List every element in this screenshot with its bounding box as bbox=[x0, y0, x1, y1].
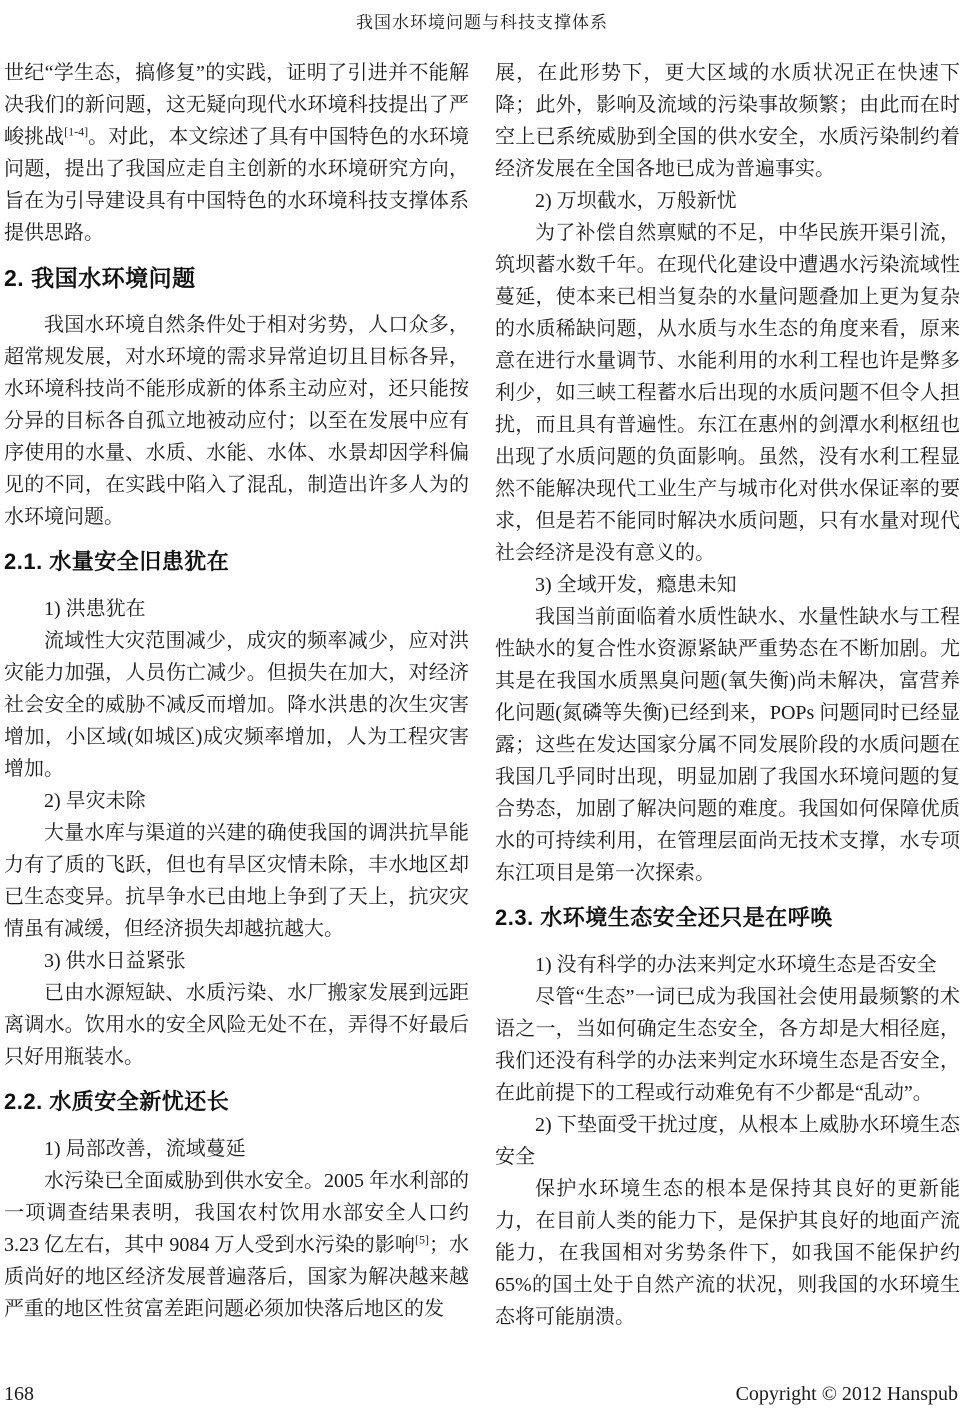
numbered-point: 2) 下垫面受干扰过度，从根本上威胁水环境生态安全 bbox=[495, 1109, 960, 1173]
numbered-point: 1) 洪患犹在 bbox=[4, 593, 469, 625]
paper-page: 我国水环境问题与科技支撑体系 世纪“学生态，搞修复”的实践，证明了引进并不能解决… bbox=[0, 0, 964, 1414]
paragraph: 我国水环境自然条件处于相对劣势，人口众多，超常规发展，对水环境的需求异常迫切且目… bbox=[4, 309, 469, 533]
page-footer: 168 Copyright © 2012 Hanspub bbox=[4, 1383, 958, 1406]
paragraph: 我国当前面临着水质性缺水、水量性缺水与工程性缺水的复合性水资源紧缺严重势态在不断… bbox=[495, 601, 960, 889]
paragraph: 水污染已全面威胁到供水安全。2005 年水利部的一项调查结果表明，我国农村饮用水… bbox=[4, 1165, 469, 1325]
numbered-point: 3) 供水日益紧张 bbox=[4, 945, 469, 977]
paragraph: 尽管“生态”一词已成为我国社会使用最频繁的术语之一，当如何确定生态安全，各方却是… bbox=[495, 981, 960, 1109]
two-column-body: 世纪“学生态，搞修复”的实践，证明了引进并不能解决我们的新问题，这无疑向现代水环… bbox=[4, 57, 960, 1333]
paragraph-continuation: 展，在此形势下，更大区域的水质状况正在快速下降；此外，影响及流域的污染事故频繁；… bbox=[495, 57, 960, 185]
section-heading-2: 2. 我国水环境问题 bbox=[4, 262, 469, 294]
numbered-point: 3) 全域开发，瘾患未知 bbox=[495, 569, 960, 601]
paragraph: 大量水库与渠道的兴建的确使我国的调洪抗旱能力有了质的飞跃，但也有旱区灾情未除，丰… bbox=[4, 817, 469, 945]
numbered-point: 2) 万坝截水，万般新忧 bbox=[495, 185, 960, 217]
paragraph: 流域性大灾范围减少，成灾的频率减少，应对洪灾能力加强，人员伤亡减少。但损失在加大… bbox=[4, 625, 469, 785]
right-column: 展，在此形势下，更大区域的水质状况正在快速下降；此外，影响及流域的污染事故频繁；… bbox=[495, 57, 960, 1333]
paragraph-intro: 世纪“学生态，搞修复”的实践，证明了引进并不能解决我们的新问题，这无疑向现代水环… bbox=[4, 57, 469, 249]
section-heading-2-2: 2.2. 水质安全新忧还长 bbox=[4, 1086, 469, 1118]
paragraph: 为了补偿自然禀赋的不足，中华民族开渠引流，筑坝蓄水数千年。在现代化建设中遭遇水污… bbox=[495, 217, 960, 569]
paragraph-text: 。对此，本文综述了具有中国特色的水环境问题，提出了我国应走自主创新的水环境研究方… bbox=[4, 126, 469, 244]
section-heading-2-3: 2.3. 水环境生态安全还只是在呼唤 bbox=[495, 902, 960, 934]
numbered-point: 1) 局部改善，流域蔓延 bbox=[4, 1133, 469, 1165]
section-heading-2-1: 2.1. 水量安全旧患犹在 bbox=[4, 546, 469, 578]
running-head-title: 我国水环境问题与科技支撑体系 bbox=[0, 8, 964, 33]
numbered-point: 1) 没有科学的办法来判定水环境生态是否安全 bbox=[495, 949, 960, 981]
left-column: 世纪“学生态，搞修复”的实践，证明了引进并不能解决我们的新问题，这无疑向现代水环… bbox=[4, 57, 469, 1333]
copyright-notice: Copyright © 2012 Hanspub bbox=[736, 1383, 958, 1406]
citation-ref-1-4: [1-4] bbox=[64, 124, 88, 138]
paragraph-text: 水污染已全面威胁到供水安全。2005 年水利部的一项调查结果表明，我国农村饮用水… bbox=[4, 1170, 469, 1256]
citation-ref-5: [5] bbox=[415, 1232, 429, 1246]
paragraph: 保护水环境生态的根本是保持其良好的更新能力，在目前人类的能力下，是保护其良好的地… bbox=[495, 1173, 960, 1333]
numbered-point: 2) 旱灾未除 bbox=[4, 785, 469, 817]
paragraph: 已由水源短缺、水质污染、水厂搬家发展到远距离调水。饮用水的安全风险无处不在，弄得… bbox=[4, 977, 469, 1073]
page-number: 168 bbox=[4, 1383, 34, 1406]
